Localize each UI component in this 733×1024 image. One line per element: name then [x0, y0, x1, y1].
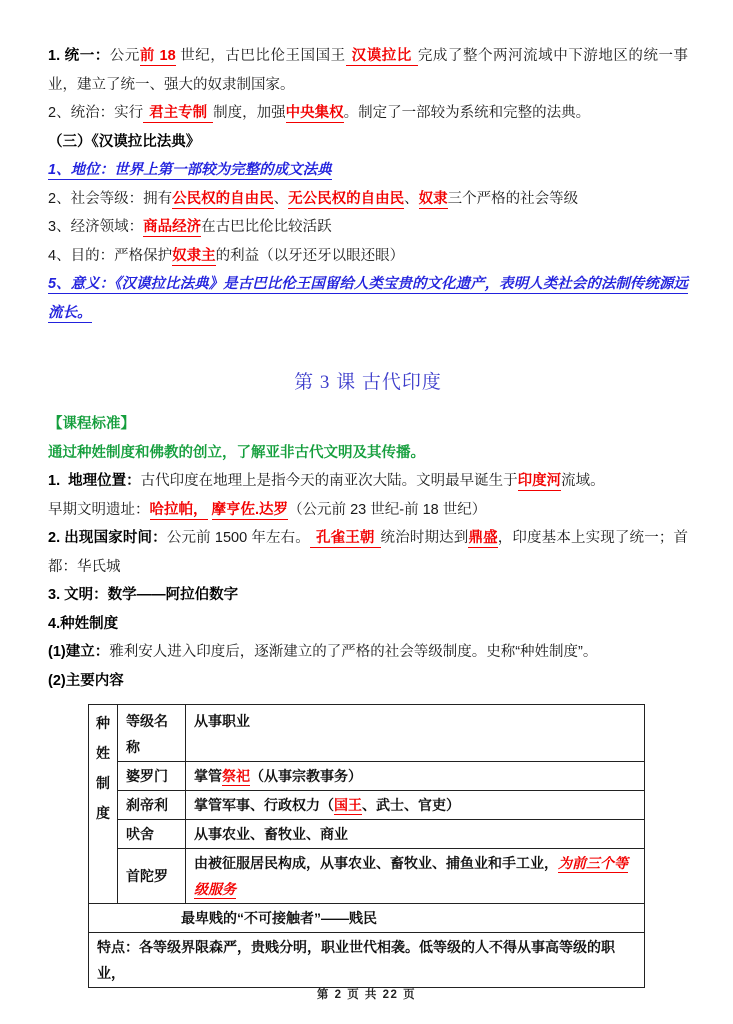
text-run: 掌管军事、行政权力（	[194, 797, 334, 813]
text-run: 鼎盛	[468, 530, 497, 548]
text-run	[208, 502, 212, 518]
text-run: (2)主要内容	[48, 673, 124, 689]
section-babylon-code: 1. 统一：公元前 18 世纪，古巴比伦王国国王汉谟拉比完成了整个两河流域中下游…	[48, 42, 688, 327]
text-run: 汉谟拉比	[346, 48, 418, 66]
text-run: 统治时期达到	[381, 530, 469, 546]
para-main-content: (2)主要内容	[48, 667, 688, 696]
lesson-title: 第 3 课 古代印度	[48, 368, 688, 398]
para-state-time: 2. 出现国家时间：公元前 1500 年左右。孔雀王朝统治时期达到鼎盛，印度基本…	[48, 524, 688, 581]
para-purpose: 4、目的：严格保护奴隶主的利益（以牙还牙以眼还眼）	[48, 242, 688, 271]
text-run: 制度，加强	[213, 105, 286, 121]
text-run: 无公民权的自由民	[288, 191, 404, 209]
para-establish: (1)建立：雅利安人进入印度后，逐渐建立的了严格的社会等级制度。史称“种姓制度”…	[48, 638, 688, 667]
text-run: 通过种姓制度和佛教的创立，了解亚非古代文明及其传播。	[48, 445, 425, 461]
section-ancient-india: 【课程标准】通过种姓制度和佛教的创立，了解亚非古代文明及其传播。1. 地理位置：…	[48, 410, 688, 695]
text-run: 掌管	[194, 768, 222, 784]
text-run: 2. 出现国家时间：	[48, 530, 167, 546]
caste-rank-cell: 刹帝利	[118, 791, 186, 820]
para-significance: 5、意义：《汉谟拉比法典》是古巴比伦王国留给人类宝贵的文化遗产，表明人类社会的法…	[48, 270, 688, 327]
text-run: 从事农业、畜牧业、商业	[194, 826, 348, 842]
vertical-header-char: 姓	[89, 738, 117, 768]
text-run: 1. 地理位置：	[48, 473, 141, 489]
text-run: 中央集权	[286, 105, 344, 123]
text-run: 在古巴比伦比较活跃	[201, 219, 332, 235]
table-row: 首陀罗由被征服居民构成，从事农业、畜牧业、捕鱼业和手工业，为前三个等级服务	[89, 849, 645, 904]
features-cell: 特点：各等级界限森严，贵贱分明，职业世代相袭。低等级的人不得从事高等级的职业，	[89, 933, 645, 988]
text-run: 2、统治：实行	[48, 105, 143, 121]
para-economy: 3、经济领域：商品经济在古巴比伦比较活跃	[48, 213, 688, 242]
caste-rank-cell: 首陀罗	[118, 849, 186, 904]
text-run: 【课程标准】	[48, 416, 135, 432]
text-run: 5、意义：《汉谟拉比法典》是古巴比伦王国留给人类宝贵的文化遗产，表明人类社会的法…	[48, 276, 688, 323]
para-curriculum: 通过种姓制度和佛教的创立，了解亚非古代文明及其传播。	[48, 439, 688, 468]
table-row: 刹帝利掌管军事、行政权力（国王、武士、官吏）	[89, 791, 645, 820]
caste-table-body: 种姓制度等级名称从事职业婆罗门掌管祭祀（从事宗教事务）刹帝利掌管军事、行政权力（…	[89, 705, 645, 988]
para-caste-heading: 4.种姓制度	[48, 610, 688, 639]
text-run: 流域。	[561, 473, 605, 489]
text-run: 各等级界限森严，贵贱分明，职业世代相袭。低等级的人不得从事高等级的职业，	[97, 939, 615, 981]
document-content: 1. 统一：公元前 18 世纪，古巴比伦王国国王汉谟拉比完成了整个两河流域中下游…	[0, 0, 733, 988]
text-run: 三个严格的社会等级	[448, 191, 579, 207]
para-code-heading: （三）《汉谟拉比法典》	[48, 128, 688, 157]
untouchables-cell: 最卑贱的“不可接触者”——贱民	[89, 904, 645, 933]
table-row: 婆罗门掌管祭祀（从事宗教事务）	[89, 762, 645, 791]
text-run: 特点：	[97, 939, 139, 955]
text-run: 奴隶主	[172, 248, 216, 266]
text-run: 2、社会等级：拥有	[48, 191, 172, 207]
text-run: 商品经济	[143, 219, 201, 237]
text-run: 奴隶	[419, 191, 448, 209]
para-unification: 1. 统一：公元前 18 世纪，古巴比伦王国国王汉谟拉比完成了整个两河流域中下游…	[48, 42, 688, 99]
text-run: 雅利安人进入印度后，逐渐建立的了严格的社会等级制度。史称“种姓制度”。	[109, 644, 597, 660]
text-run: 早期文明遗址：	[48, 502, 150, 518]
caste-col-header-rank: 等级名称	[118, 705, 186, 762]
text-run: 孔雀王朝	[310, 530, 381, 548]
caste-job-cell: 掌管军事、行政权力（国王、武士、官吏）	[186, 791, 645, 820]
caste-table: 种姓制度等级名称从事职业婆罗门掌管祭祀（从事宗教事务）刹帝利掌管军事、行政权力（…	[88, 704, 645, 988]
text-run: 摩亨佐.达罗	[212, 502, 289, 520]
text-run: 4、目的：严格保护	[48, 248, 172, 264]
vertical-header-char: 度	[89, 798, 117, 828]
text-run: 印度河	[518, 473, 562, 491]
para-rule: 2、统治：实行君主专制制度，加强中央集权。制定了一部较为系统和完整的法典。	[48, 99, 688, 128]
text-run: 3、经济领域：	[48, 219, 143, 235]
table-row: 最卑贱的“不可接触者”——贱民	[89, 904, 645, 933]
page-footer: 第 2 页 共 22 页	[0, 986, 733, 1002]
para-geography: 1. 地理位置：古代印度在地理上是指今天的南亚次大陆。文明最早诞生于印度河流域。	[48, 467, 688, 496]
table-row: 特点：各等级界限森严，贵贱分明，职业世代相袭。低等级的人不得从事高等级的职业，	[89, 933, 645, 988]
text-run: 1、地位：世界上第一部较为完整的成文法典	[48, 162, 332, 180]
caste-rank-cell: 吠舍	[118, 820, 186, 849]
text-run: 古代印度在地理上是指今天的南亚次大陆。文明最早诞生于	[141, 473, 518, 489]
text-run: 公元前 1500 年左右。	[167, 530, 310, 546]
text-run: 公元	[110, 48, 140, 64]
text-run: 的利益（以牙还牙以眼还眼）	[216, 248, 405, 264]
para-social-rank: 2、社会等级：拥有公民权的自由民、无公民权的自由民、奴隶三个严格的社会等级	[48, 185, 688, 214]
text-run: 、武士、官吏）	[362, 797, 460, 813]
text-run: 君主专制	[143, 105, 213, 123]
text-run: 公民权的自由民	[172, 191, 274, 209]
text-run: 由被征服居民构成，从事农业、畜牧业、捕鱼业和手工业，	[194, 855, 558, 871]
text-run: 、	[404, 191, 419, 207]
caste-job-cell: 掌管祭祀（从事宗教事务）	[186, 762, 645, 791]
text-run: 祭祀	[222, 768, 250, 786]
para-curriculum-header: 【课程标准】	[48, 410, 688, 439]
vertical-header-char: 制	[89, 768, 117, 798]
document-page: 1. 统一：公元前 18 世纪，古巴比伦王国国王汉谟拉比完成了整个两河流域中下游…	[0, 0, 733, 1024]
text-run: 哈拉帕，	[150, 502, 208, 520]
text-run: （公元前 23 世纪-前 18 世纪）	[288, 502, 486, 518]
caste-job-cell: 从事农业、畜牧业、商业	[186, 820, 645, 849]
caste-job-cell: 由被征服居民构成，从事农业、畜牧业、捕鱼业和手工业，为前三个等级服务	[186, 849, 645, 904]
caste-rank-cell: 婆罗门	[118, 762, 186, 791]
caste-col-header-job: 从事职业	[186, 705, 645, 762]
text-run: 1. 统一：	[48, 48, 110, 64]
table-row: 种姓制度等级名称从事职业	[89, 705, 645, 762]
text-run: 3. 文明：数学——阿拉伯数字	[48, 587, 238, 603]
table-row: 吠舍从事农业、畜牧业、商业	[89, 820, 645, 849]
text-run: 、	[274, 191, 289, 207]
text-run: （三）《汉谟拉比法典》	[48, 134, 200, 150]
text-run: 。制定了一部较为系统和完整的法典。	[344, 105, 591, 121]
text-run: (1)建立：	[48, 644, 109, 660]
text-run: 前 18	[140, 48, 176, 66]
text-run: 4.种姓制度	[48, 616, 118, 632]
para-status: 1、地位：世界上第一部较为完整的成文法典	[48, 156, 688, 185]
text-run: （从事宗教事务）	[250, 768, 362, 784]
para-sites: 早期文明遗址：哈拉帕， 摩亨佐.达罗（公元前 23 世纪-前 18 世纪）	[48, 496, 688, 525]
text-run: 世纪，古巴比伦王国国王	[176, 48, 346, 64]
vertical-header-char: 种	[89, 708, 117, 738]
text-run: 国王	[334, 797, 362, 815]
para-civilization: 3. 文明：数学——阿拉伯数字	[48, 581, 688, 610]
caste-vertical-header: 种姓制度	[89, 705, 118, 904]
